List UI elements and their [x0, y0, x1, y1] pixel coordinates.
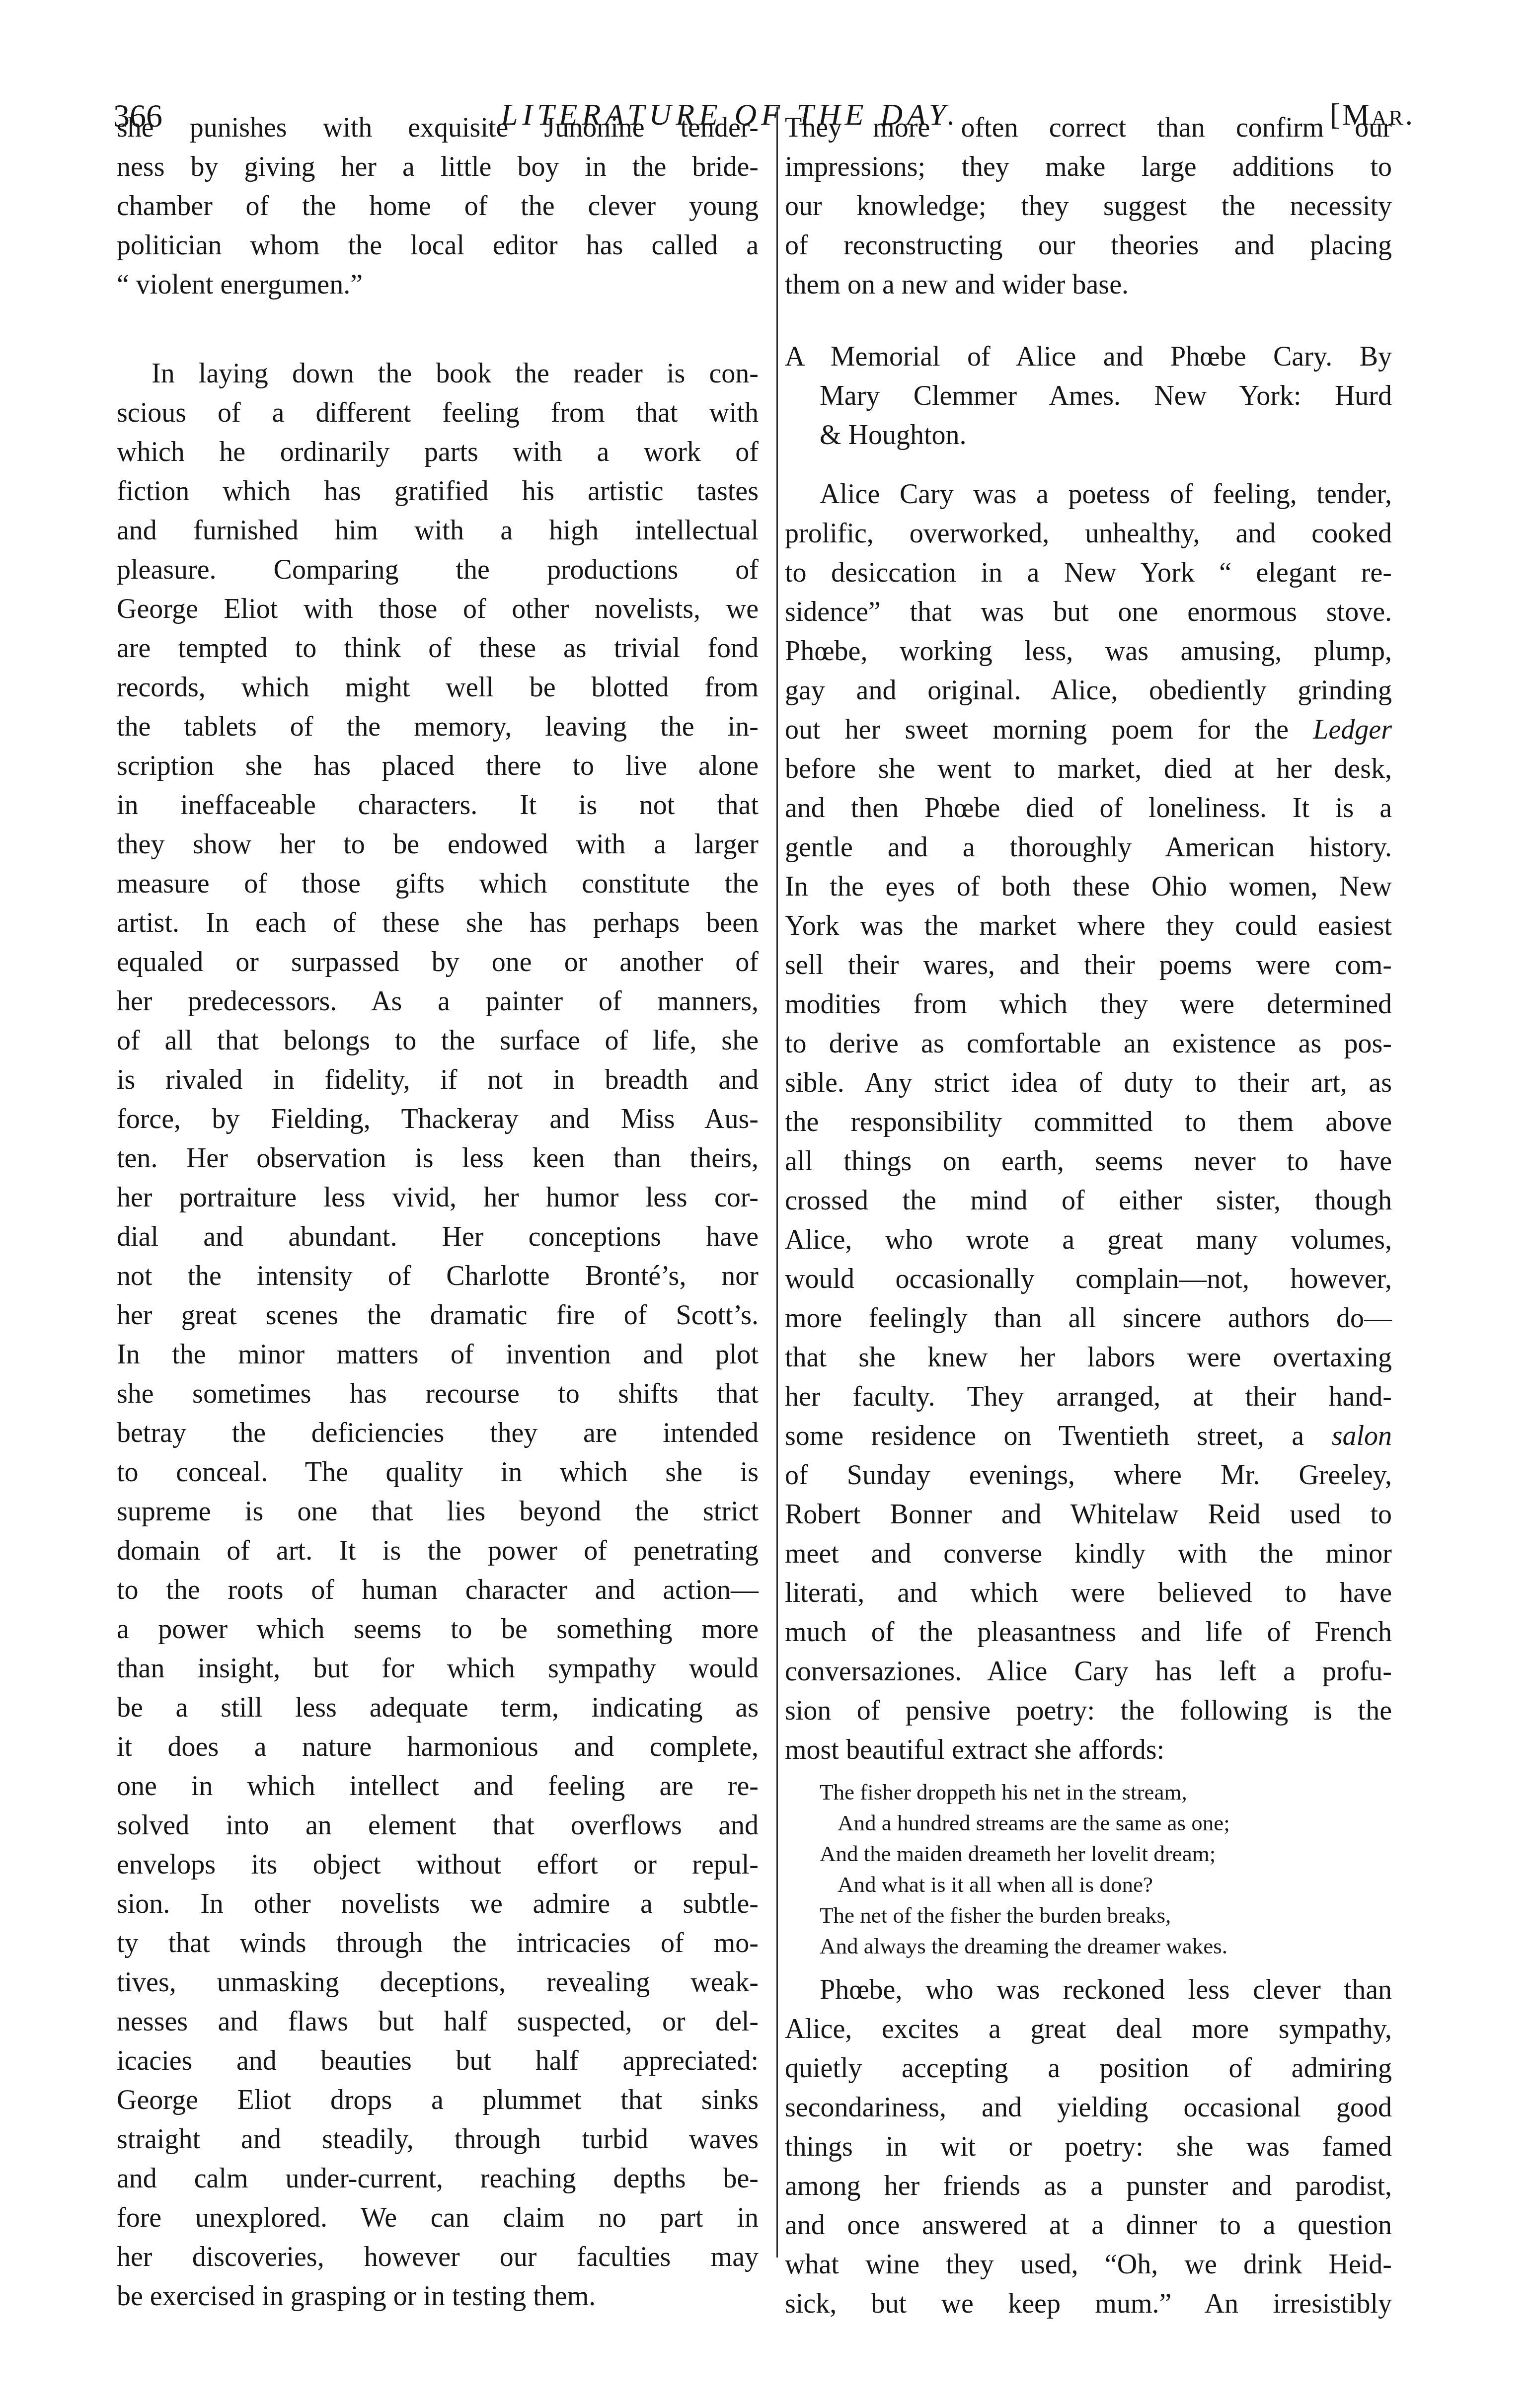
- text-line: quietly accepting a position of admiring: [785, 2049, 1392, 2088]
- text-line: Alice, who wrote a great many volumes,: [785, 1220, 1392, 1260]
- text-line: gentle and a thoroughly American history…: [785, 828, 1392, 867]
- text-line: sick, but we keep mum.” An irresistibly: [785, 2284, 1392, 2324]
- text-line: pleasure. Comparing the productions of: [117, 550, 759, 590]
- right-paragraph-3: Phœbe, who was reckoned less clever than…: [785, 1970, 1392, 2324]
- text-line: all things on earth, seems never to have: [785, 1142, 1392, 1181]
- poem-line: And the maiden dreameth her lovelit drea…: [820, 1838, 1392, 1869]
- text-line: conversaziones. Alice Cary has left a pr…: [785, 1652, 1392, 1691]
- text-line: one in which intellect and feeling are r…: [117, 1767, 759, 1806]
- text-line: she punishes with exquisite Junonine ten…: [117, 108, 759, 148]
- text-line: modities from which they were determined: [785, 985, 1392, 1024]
- text-line: that she knew her labors were overtaxing: [785, 1338, 1392, 1377]
- left-paragraph-2: In laying down the book the reader is co…: [117, 354, 759, 2316]
- text-line: ten. Her observation is less keen than t…: [117, 1139, 759, 1178]
- text-line: chamber of the home of the clever young: [117, 187, 759, 226]
- text-line: what wine they used, “Oh, we drink Heid-: [785, 2245, 1392, 2284]
- text-line: tives, unmasking deceptions, revealing w…: [117, 1963, 759, 2002]
- text-line: things in wit or poetry: she was famed: [785, 2127, 1392, 2167]
- text-line: equaled or surpassed by one or another o…: [117, 943, 759, 982]
- text-line: it does a nature harmonious and complete…: [117, 1728, 759, 1767]
- text-line: of Sunday evenings, where Mr. Greeley,: [785, 1456, 1392, 1495]
- text-line: straight and steadily, through turbid wa…: [117, 2120, 759, 2159]
- text-line: to desiccation in a New York “ elegant r…: [785, 553, 1392, 593]
- text-line: politician whom the local editor has cal…: [117, 226, 759, 265]
- text-line: be exercised in grasping or in testing t…: [117, 2277, 759, 2316]
- text-line: to conceal. The quality in which she is: [117, 1453, 759, 1492]
- text-line: sell their wares, and their poems were c…: [785, 946, 1392, 985]
- text-line: which he ordinarily parts with a work of: [117, 433, 759, 472]
- text-line: Mary Clemmer Ames. New York: Hurd: [785, 376, 1392, 416]
- text-line: dial and abundant. Her conceptions have: [117, 1217, 759, 1257]
- text-line: than insight, but for which sympathy wou…: [117, 1649, 759, 1688]
- text-line: and once answered at a dinner to a quest…: [785, 2206, 1392, 2245]
- text-line: York was the market where they could eas…: [785, 906, 1392, 946]
- text-line: “ violent energumen.”: [117, 265, 759, 304]
- text-line: & Houghton.: [785, 416, 1392, 455]
- text-line: Alice Cary was a poetess of feeling, ten…: [785, 475, 1392, 514]
- text-line: records, which might well be blotted fro…: [117, 668, 759, 707]
- text-line: scious of a different feeling from that …: [117, 393, 759, 433]
- text-line: impressions; they make large additions t…: [785, 148, 1392, 187]
- text-line: much of the pleasantness and life of Fre…: [785, 1613, 1392, 1652]
- text-line: fiction which has gratified his artistic…: [117, 472, 759, 511]
- text-line: a power which seems to be something more: [117, 1610, 759, 1649]
- text-line: and furnished him with a high intellectu…: [117, 511, 759, 550]
- text-line: supreme is one that lies beyond the stri…: [117, 1492, 759, 1531]
- text-line: and then Phœbe died of loneliness. It is…: [785, 789, 1392, 828]
- text-line: before she went to market, died at her d…: [785, 750, 1392, 789]
- text-line: of reconstructing our theories and placi…: [785, 226, 1392, 265]
- right-paragraph-1: They more often correct than confirm our…: [785, 108, 1392, 304]
- poem-line: The net of the fisher the burden breaks,: [820, 1900, 1392, 1931]
- text-line: literati, and which were believed to hav…: [785, 1574, 1392, 1613]
- text-line: nesses and flaws but half suspected, or …: [117, 2002, 759, 2041]
- text-line: In the minor matters of invention and pl…: [117, 1335, 759, 1374]
- text-line: domain of art. It is the power of penetr…: [117, 1531, 759, 1571]
- text-line: ty that winds through the intricacies of…: [117, 1924, 759, 1963]
- text-line: and calm under-current, reaching depths …: [117, 2159, 759, 2198]
- text-line: is rivaled in fidelity, if not in breadt…: [117, 1060, 759, 1100]
- text-line: Phœbe, working less, was amusing, plump,: [785, 632, 1392, 671]
- text-line: her predecessors. As a painter of manner…: [117, 982, 759, 1021]
- column-rule: [776, 107, 778, 2257]
- text-line: her faculty. They arranged, at their han…: [785, 1377, 1392, 1417]
- text-line: among her friends as a punster and parod…: [785, 2167, 1392, 2206]
- right-paragraph-2: Alice Cary was a poetess of feeling, ten…: [785, 475, 1392, 1770]
- text-line: some residence on Twentieth street, a sa…: [785, 1417, 1392, 1456]
- italic-word: salon: [1332, 1421, 1392, 1451]
- italic-word: Ledger: [1313, 714, 1392, 745]
- text-line: in ineffaceable characters. It is not th…: [117, 786, 759, 825]
- text-line: George Eliot with those of other novelis…: [117, 590, 759, 629]
- text-line: A Memorial of Alice and Phœbe Cary. By: [785, 337, 1392, 376]
- text-line: betray the deficiencies they are intende…: [117, 1414, 759, 1453]
- text-line: Phœbe, who was reckoned less clever than: [785, 1970, 1392, 2010]
- text-line: the responsibility committed to them abo…: [785, 1103, 1392, 1142]
- poem-line: And a hundred streams are the same as on…: [820, 1807, 1392, 1838]
- text-line: most beautiful extract she affords:: [785, 1731, 1392, 1770]
- text-line: icacies and beauties but half appreciate…: [117, 2041, 759, 2081]
- text-line: Alice, excites a great deal more sympath…: [785, 2010, 1392, 2049]
- review-heading: A Memorial of Alice and Phœbe Cary. ByMa…: [785, 337, 1392, 455]
- text-line: sion. In other novelists we admire a sub…: [117, 1884, 759, 1924]
- text-line: fore unexplored. We can claim no part in: [117, 2198, 759, 2238]
- text-line: to the roots of human character and acti…: [117, 1571, 759, 1610]
- text-line: They more often correct than confirm our: [785, 108, 1392, 148]
- text-line: gay and original. Alice, obediently grin…: [785, 671, 1392, 710]
- text-line: she sometimes has recourse to shifts tha…: [117, 1374, 759, 1414]
- text-line: artist. In each of these she has perhaps…: [117, 903, 759, 943]
- paragraph-gap: [785, 455, 1392, 475]
- poem-line: The fisher droppeth his net in the strea…: [820, 1777, 1392, 1807]
- text-line: In the eyes of both these Ohio women, Ne…: [785, 867, 1392, 906]
- left-column: she punishes with exquisite Junonine ten…: [117, 108, 759, 2316]
- text-line: her portraiture less vivid, her humor le…: [117, 1178, 759, 1217]
- text-line: In laying down the book the reader is co…: [117, 354, 759, 393]
- poem-line: And what is it all when all is done?: [820, 1869, 1392, 1900]
- text-line: they show her to be endowed with a large…: [117, 825, 759, 864]
- text-line: measure of those gifts which constitute …: [117, 864, 759, 903]
- text-line: envelops its object without effort or re…: [117, 1845, 759, 1884]
- text-line: sible. Any strict idea of duty to their …: [785, 1063, 1392, 1103]
- text-line: the tablets of the memory, leaving the i…: [117, 707, 759, 747]
- poem-line: And always the dreaming the dreamer wake…: [820, 1931, 1392, 1961]
- text-line: prolific, overworked, unhealthy, and coo…: [785, 514, 1392, 553]
- text-line: secondariness, and yielding occasional g…: [785, 2088, 1392, 2127]
- text-line: her discoveries, however our faculties m…: [117, 2238, 759, 2277]
- text-line: out her sweet morning poem for the Ledge…: [785, 710, 1392, 750]
- text-line: solved into an element that overflows an…: [117, 1806, 759, 1845]
- text-line: sion of pensive poetry: the following is…: [785, 1691, 1392, 1731]
- text-line: force, by Fielding, Thackeray and Miss A…: [117, 1100, 759, 1139]
- text-line: of all that belongs to the surface of li…: [117, 1021, 759, 1060]
- text-line: more feelingly than all sincere authors …: [785, 1299, 1392, 1338]
- text-line: our knowledge; they suggest the necessit…: [785, 187, 1392, 226]
- left-paragraph-1: she punishes with exquisite Junonine ten…: [117, 108, 759, 304]
- poem-extract: The fisher droppeth his net in the strea…: [820, 1777, 1392, 1961]
- text-line: sidence” that was but one enormous stove…: [785, 593, 1392, 632]
- text-line: ness by giving her a little boy in the b…: [117, 148, 759, 187]
- text-line: them on a new and wider base.: [785, 265, 1392, 304]
- text-line: crossed the mind of either sister, thoug…: [785, 1181, 1392, 1220]
- text-line: be a still less adequate term, indicatin…: [117, 1688, 759, 1728]
- text-line: would occasionally complain—not, however…: [785, 1260, 1392, 1299]
- text-line: George Eliot drops a plummet that sinks: [117, 2081, 759, 2120]
- text-line: are tempted to think of these as trivial…: [117, 629, 759, 668]
- text-line: her great scenes the dramatic fire of Sc…: [117, 1296, 759, 1335]
- text-line: scription she has placed there to live a…: [117, 747, 759, 786]
- text-line: Robert Bonner and Whitelaw Reid used to: [785, 1495, 1392, 1534]
- text-line: to derive as comfortable an existence as…: [785, 1024, 1392, 1063]
- text-line: meet and converse kindly with the minor: [785, 1534, 1392, 1574]
- paragraph-gap: [785, 304, 1392, 337]
- paragraph-gap: [117, 304, 759, 354]
- text-line: not the intensity of Charlotte Bronté’s,…: [117, 1257, 759, 1296]
- right-column: They more often correct than confirm our…: [785, 108, 1392, 2324]
